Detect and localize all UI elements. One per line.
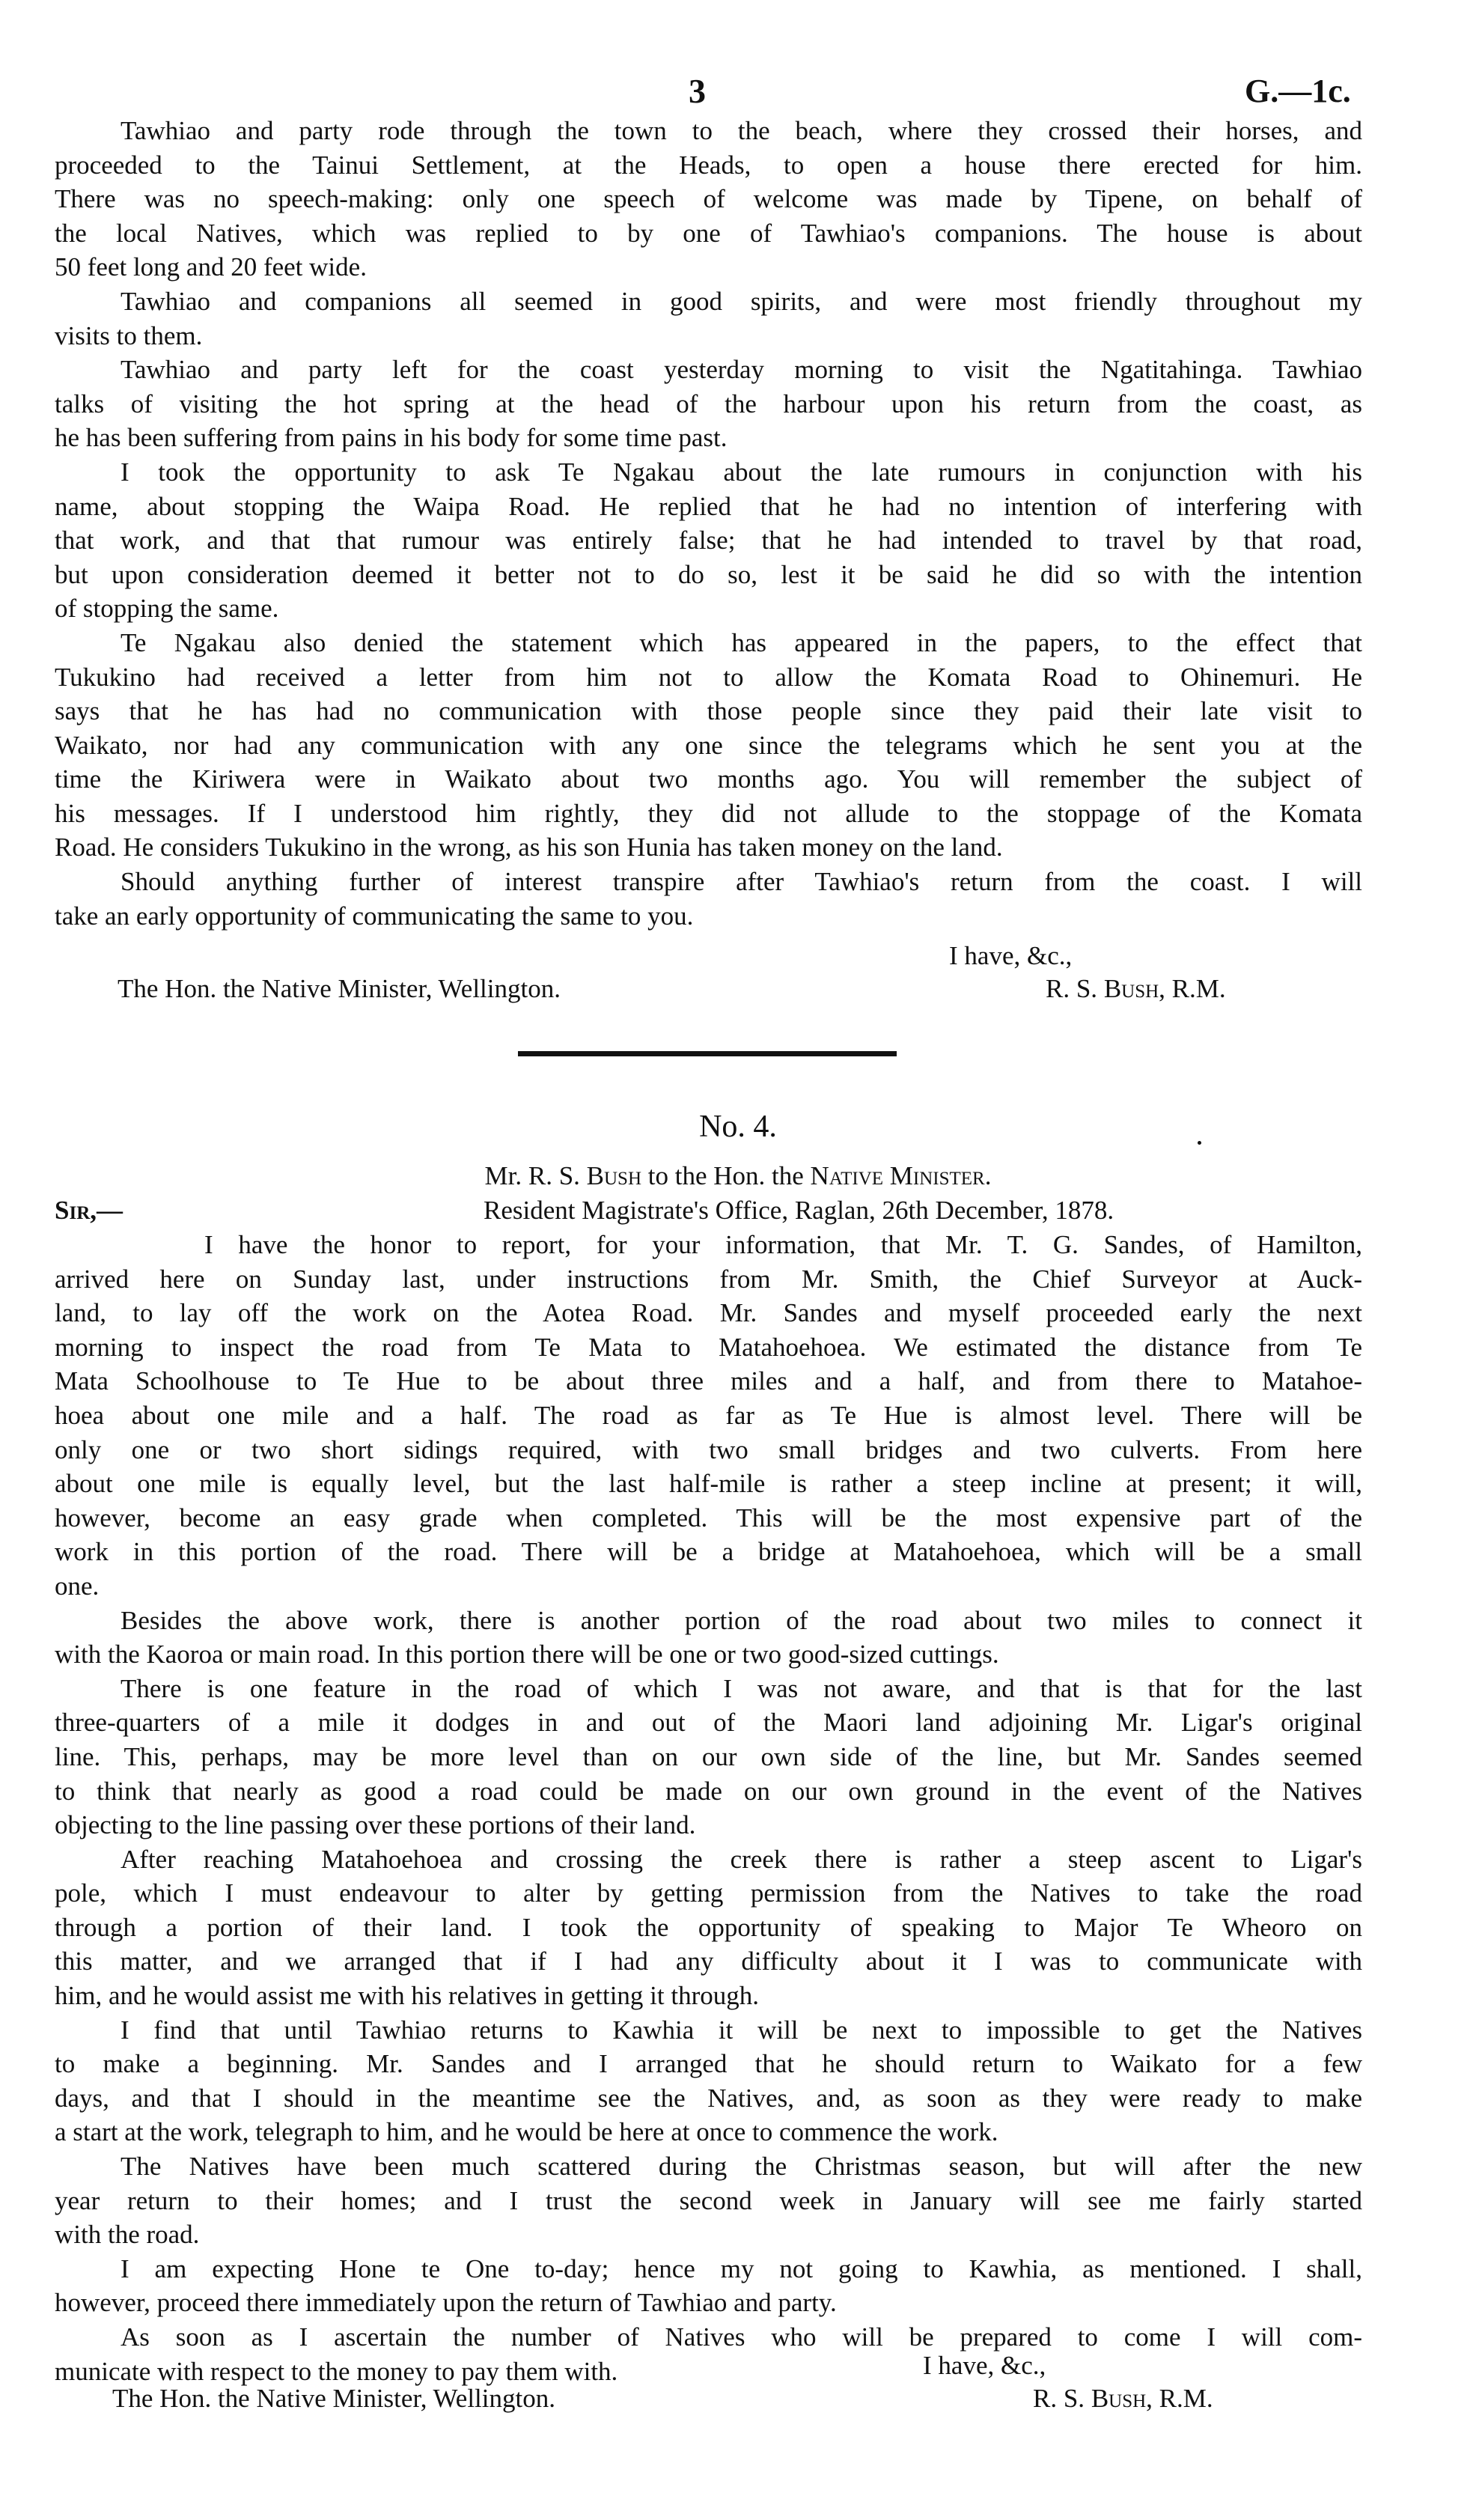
- text-line: I am expecting Hone te One to-day; hence…: [55, 2252, 1362, 2286]
- text-line: however, proceed there immediately upon …: [55, 2286, 1362, 2320]
- subtitle-prefix: Mr. R. S.: [485, 1161, 587, 1190]
- text-line: Waikato, nor had any communication with …: [55, 728, 1362, 763]
- text-line: one.: [55, 1569, 1362, 1604]
- text-line: work in this portion of the road. There …: [55, 1535, 1362, 1569]
- paragraph: As soon as I ascertain the number of Nat…: [55, 2320, 1362, 2388]
- salutation: Sir,—: [55, 1193, 123, 1227]
- text-line: There is one feature in the road of whic…: [55, 1672, 1362, 1706]
- section-number: No. 4.: [0, 1108, 1476, 1145]
- text-line: only one or two short sidings required, …: [55, 1433, 1362, 1467]
- text-line: land, to lay off the work on the Aotea R…: [55, 1296, 1362, 1330]
- text-line: three-quarters of a mile it dodges in an…: [55, 1705, 1362, 1740]
- signature-surname: Bush: [1104, 974, 1159, 1003]
- text-line: Mata Schoolhouse to Te Hue to be about t…: [55, 1364, 1362, 1399]
- subtitle-recipient: Native Minister: [811, 1161, 985, 1190]
- text-line: morning to inspect the road from Te Mata…: [55, 1330, 1362, 1365]
- text-line: about one mile is equally level, but the…: [55, 1467, 1362, 1501]
- text-line: with the road.: [55, 2218, 1362, 2252]
- text-line: Tukukino had received a letter from him …: [55, 660, 1362, 695]
- text-line: time the Kiriwera were in Waikato about …: [55, 762, 1362, 797]
- text-line: Should anything further of interest tran…: [55, 865, 1362, 899]
- text-line: he has been suffering from pains in his …: [55, 421, 1362, 455]
- text-line: arrived here on Sunday last, under instr…: [55, 1262, 1362, 1297]
- text-line: however, become an easy grade when compl…: [55, 1501, 1362, 1536]
- text-line: visits to them.: [55, 319, 1362, 353]
- paragraph: I took the opportunity to ask Te Ngakau …: [55, 455, 1362, 626]
- text-line: through a portion of their land. I took …: [55, 1911, 1362, 1945]
- paragraph: Tawhiao and party left for the coast yes…: [55, 353, 1362, 455]
- text-line: but upon consideration deemed it better …: [55, 558, 1362, 592]
- text-line: hoea about one mile and a half. The road…: [55, 1399, 1362, 1433]
- text-line: Tawhiao and companions all seemed in goo…: [55, 284, 1362, 319]
- previous-letter-signature: R. S. Bush, R.M.: [1046, 972, 1226, 1005]
- paragraph: Besides the above work, there is another…: [55, 1604, 1362, 1672]
- page-number: 3: [689, 69, 706, 114]
- text-line: Besides the above work, there is another…: [55, 1604, 1362, 1638]
- section-subtitle: Mr. R. S. Bush to the Hon. the Native Mi…: [0, 1159, 1476, 1193]
- paragraph: Te Ngakau also denied the statement whic…: [55, 626, 1362, 865]
- text-line: line. This, perhaps, may be more level t…: [55, 1740, 1362, 1774]
- letter-signature: R. S. Bush, R.M.: [1033, 2381, 1213, 2415]
- section-divider-rule: [518, 1051, 897, 1056]
- paragraph: There is one feature in the road of whic…: [55, 1672, 1362, 1842]
- text-line: Road. He considers Tukukino in the wrong…: [55, 830, 1362, 865]
- text-line: There was no speech-making: only one spe…: [55, 182, 1362, 216]
- text-line: objecting to the line passing over these…: [55, 1808, 1362, 1842]
- paragraph: I find that until Tawhiao returns to Kaw…: [55, 2013, 1362, 2149]
- text-line: days, and that I should in the meantime …: [55, 2081, 1362, 2116]
- text-line: pole, which I must endeavour to alter by…: [55, 1876, 1362, 1911]
- letter-closing: I have, &c.,: [923, 2349, 1046, 2382]
- previous-letter-body: Tawhiao and party rode through the town …: [55, 114, 1362, 933]
- text-line: proceeded to the Tainui Settlement, at t…: [55, 148, 1362, 183]
- text-line: I find that until Tawhiao returns to Kaw…: [55, 2013, 1362, 2048]
- signature-title: , R.M.: [1159, 974, 1225, 1003]
- text-line: Te Ngakau also denied the statement whic…: [55, 626, 1362, 660]
- paragraph: After reaching Matahoehoea and crossing …: [55, 1842, 1362, 2013]
- paragraph: Tawhiao and party rode through the town …: [55, 114, 1362, 284]
- paragraph: I am expecting Hone te One to-day; hence…: [55, 2252, 1362, 2320]
- subtitle-sender: Bush: [587, 1161, 641, 1190]
- text-line: take an early opportunity of communicati…: [55, 899, 1362, 934]
- subtitle-middle: to the Hon. the: [641, 1161, 811, 1190]
- previous-letter-closing: I have, &c.,: [949, 939, 1072, 973]
- text-line: 50 feet long and 20 feet wide.: [55, 250, 1362, 284]
- text-line: I have the honor to report, for your inf…: [55, 1228, 1362, 1262]
- text-line: to think that nearly as good a road coul…: [55, 1774, 1362, 1809]
- letter-body: I have the honor to report, for your inf…: [55, 1228, 1362, 2388]
- signature-initials: R. S.: [1046, 974, 1104, 1003]
- text-line: After reaching Matahoehoea and crossing …: [55, 1842, 1362, 1877]
- paragraph: The Natives have been much scattered dur…: [55, 2149, 1362, 2252]
- text-line: The Natives have been much scattered dur…: [55, 2149, 1362, 2184]
- paragraph: Tawhiao and companions all seemed in goo…: [55, 284, 1362, 353]
- signature-surname: Bush: [1091, 2384, 1146, 2413]
- subtitle-end: .: [985, 1161, 992, 1190]
- signature-initials: R. S.: [1033, 2384, 1091, 2413]
- text-line: Tawhiao and party left for the coast yes…: [55, 353, 1362, 387]
- text-line: Tawhiao and party rode through the town …: [55, 114, 1362, 148]
- dateline: Resident Magistrate's Office, Raglan, 26…: [484, 1193, 1114, 1227]
- text-line: name, about stopping the Waipa Road. He …: [55, 490, 1362, 524]
- text-line: to make a beginning. Mr. Sandes and I ar…: [55, 2047, 1362, 2081]
- text-line: him, and he would assist me with his rel…: [55, 1979, 1362, 2013]
- text-line: a start at the work, telegraph to him, a…: [55, 2115, 1362, 2149]
- text-line: with the Kaoroa or main road. In this po…: [55, 1637, 1362, 1672]
- letter-addressee: The Hon. the Native Minister, Wellington…: [112, 2381, 555, 2415]
- text-line: that work, and that that rumour was enti…: [55, 523, 1362, 558]
- paragraph: Should anything further of interest tran…: [55, 865, 1362, 933]
- previous-letter-addressee: The Hon. the Native Minister, Wellington…: [118, 972, 561, 1005]
- document-reference: G.—1c.: [1245, 69, 1351, 114]
- text-line: year return to their homes; and I trust …: [55, 2184, 1362, 2218]
- text-line: his messages. If I understood him rightl…: [55, 797, 1362, 831]
- text-line: says that he has had no communication wi…: [55, 694, 1362, 728]
- text-line: of stopping the same.: [55, 591, 1362, 626]
- text-line: the local Natives, which was replied to …: [55, 216, 1362, 251]
- text-line: I took the opportunity to ask Te Ngakau …: [55, 455, 1362, 490]
- print-speck: [1198, 1141, 1201, 1145]
- text-line: As soon as I ascertain the number of Nat…: [55, 2320, 1362, 2355]
- text-line: this matter, and we arranged that if I h…: [55, 1944, 1362, 1979]
- signature-title: , R.M.: [1146, 2384, 1213, 2413]
- paragraph: I have the honor to report, for your inf…: [55, 1228, 1362, 1604]
- text-line: talks of visiting the hot spring at the …: [55, 387, 1362, 421]
